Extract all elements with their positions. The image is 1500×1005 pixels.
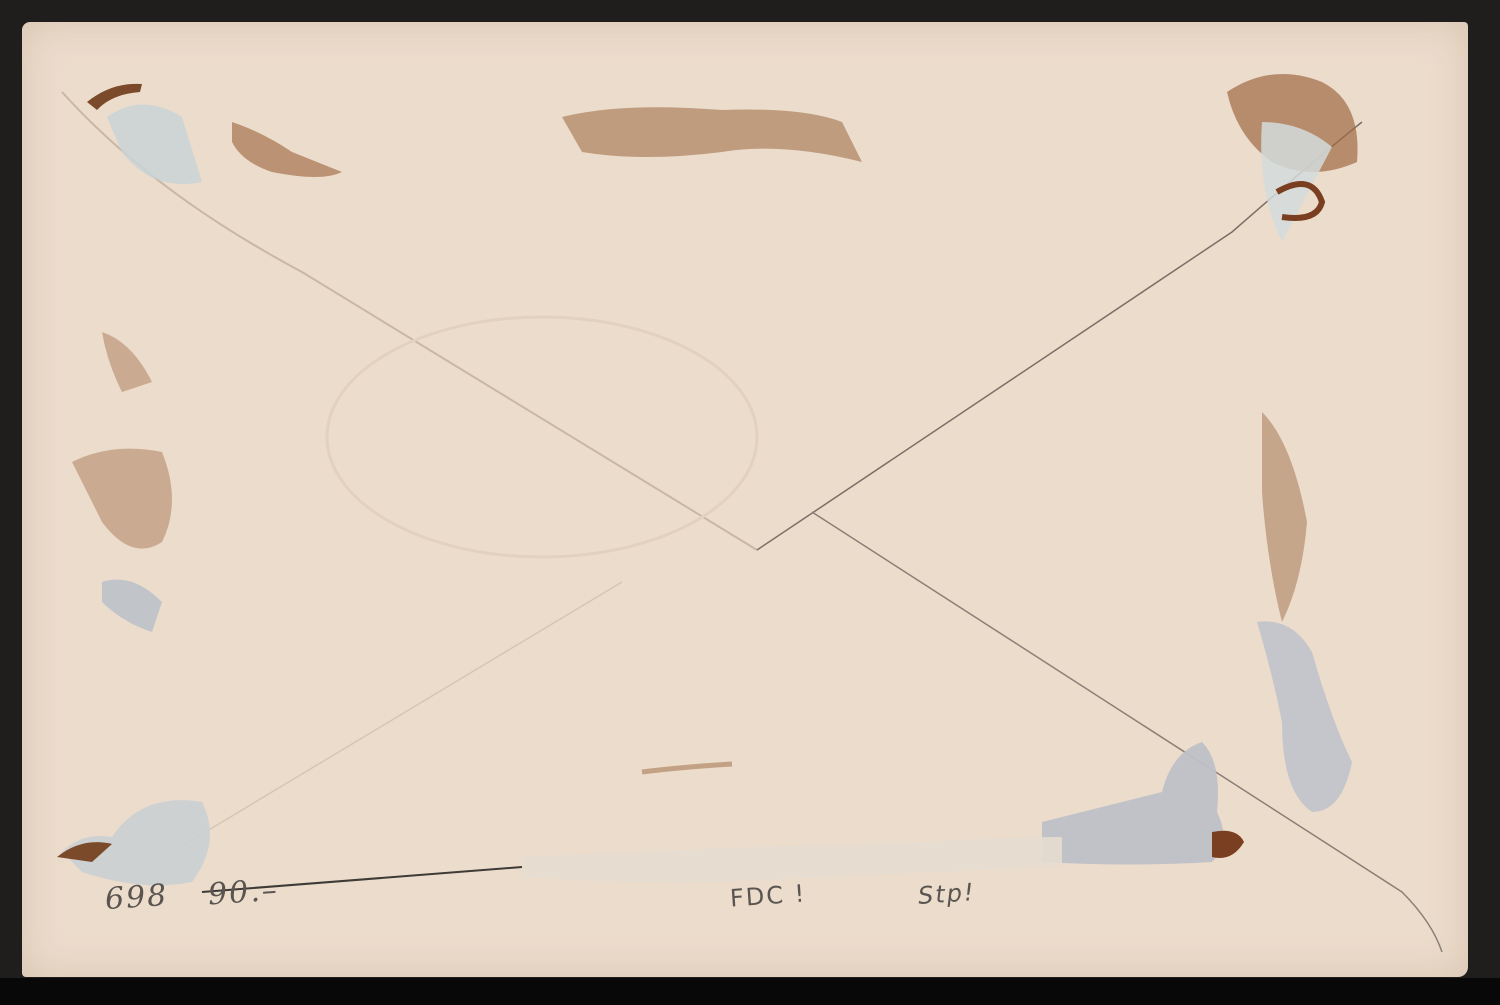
envelope-flaps-and-stains bbox=[22, 22, 1468, 977]
bottom-black-strip bbox=[0, 978, 1500, 1005]
price-note: 90.– bbox=[207, 873, 280, 913]
fdc-note: FDC ! bbox=[729, 879, 807, 912]
stp-note: Stp! bbox=[917, 878, 976, 910]
envelope-back bbox=[22, 22, 1468, 977]
catalog-number-note: 698 bbox=[104, 878, 170, 917]
